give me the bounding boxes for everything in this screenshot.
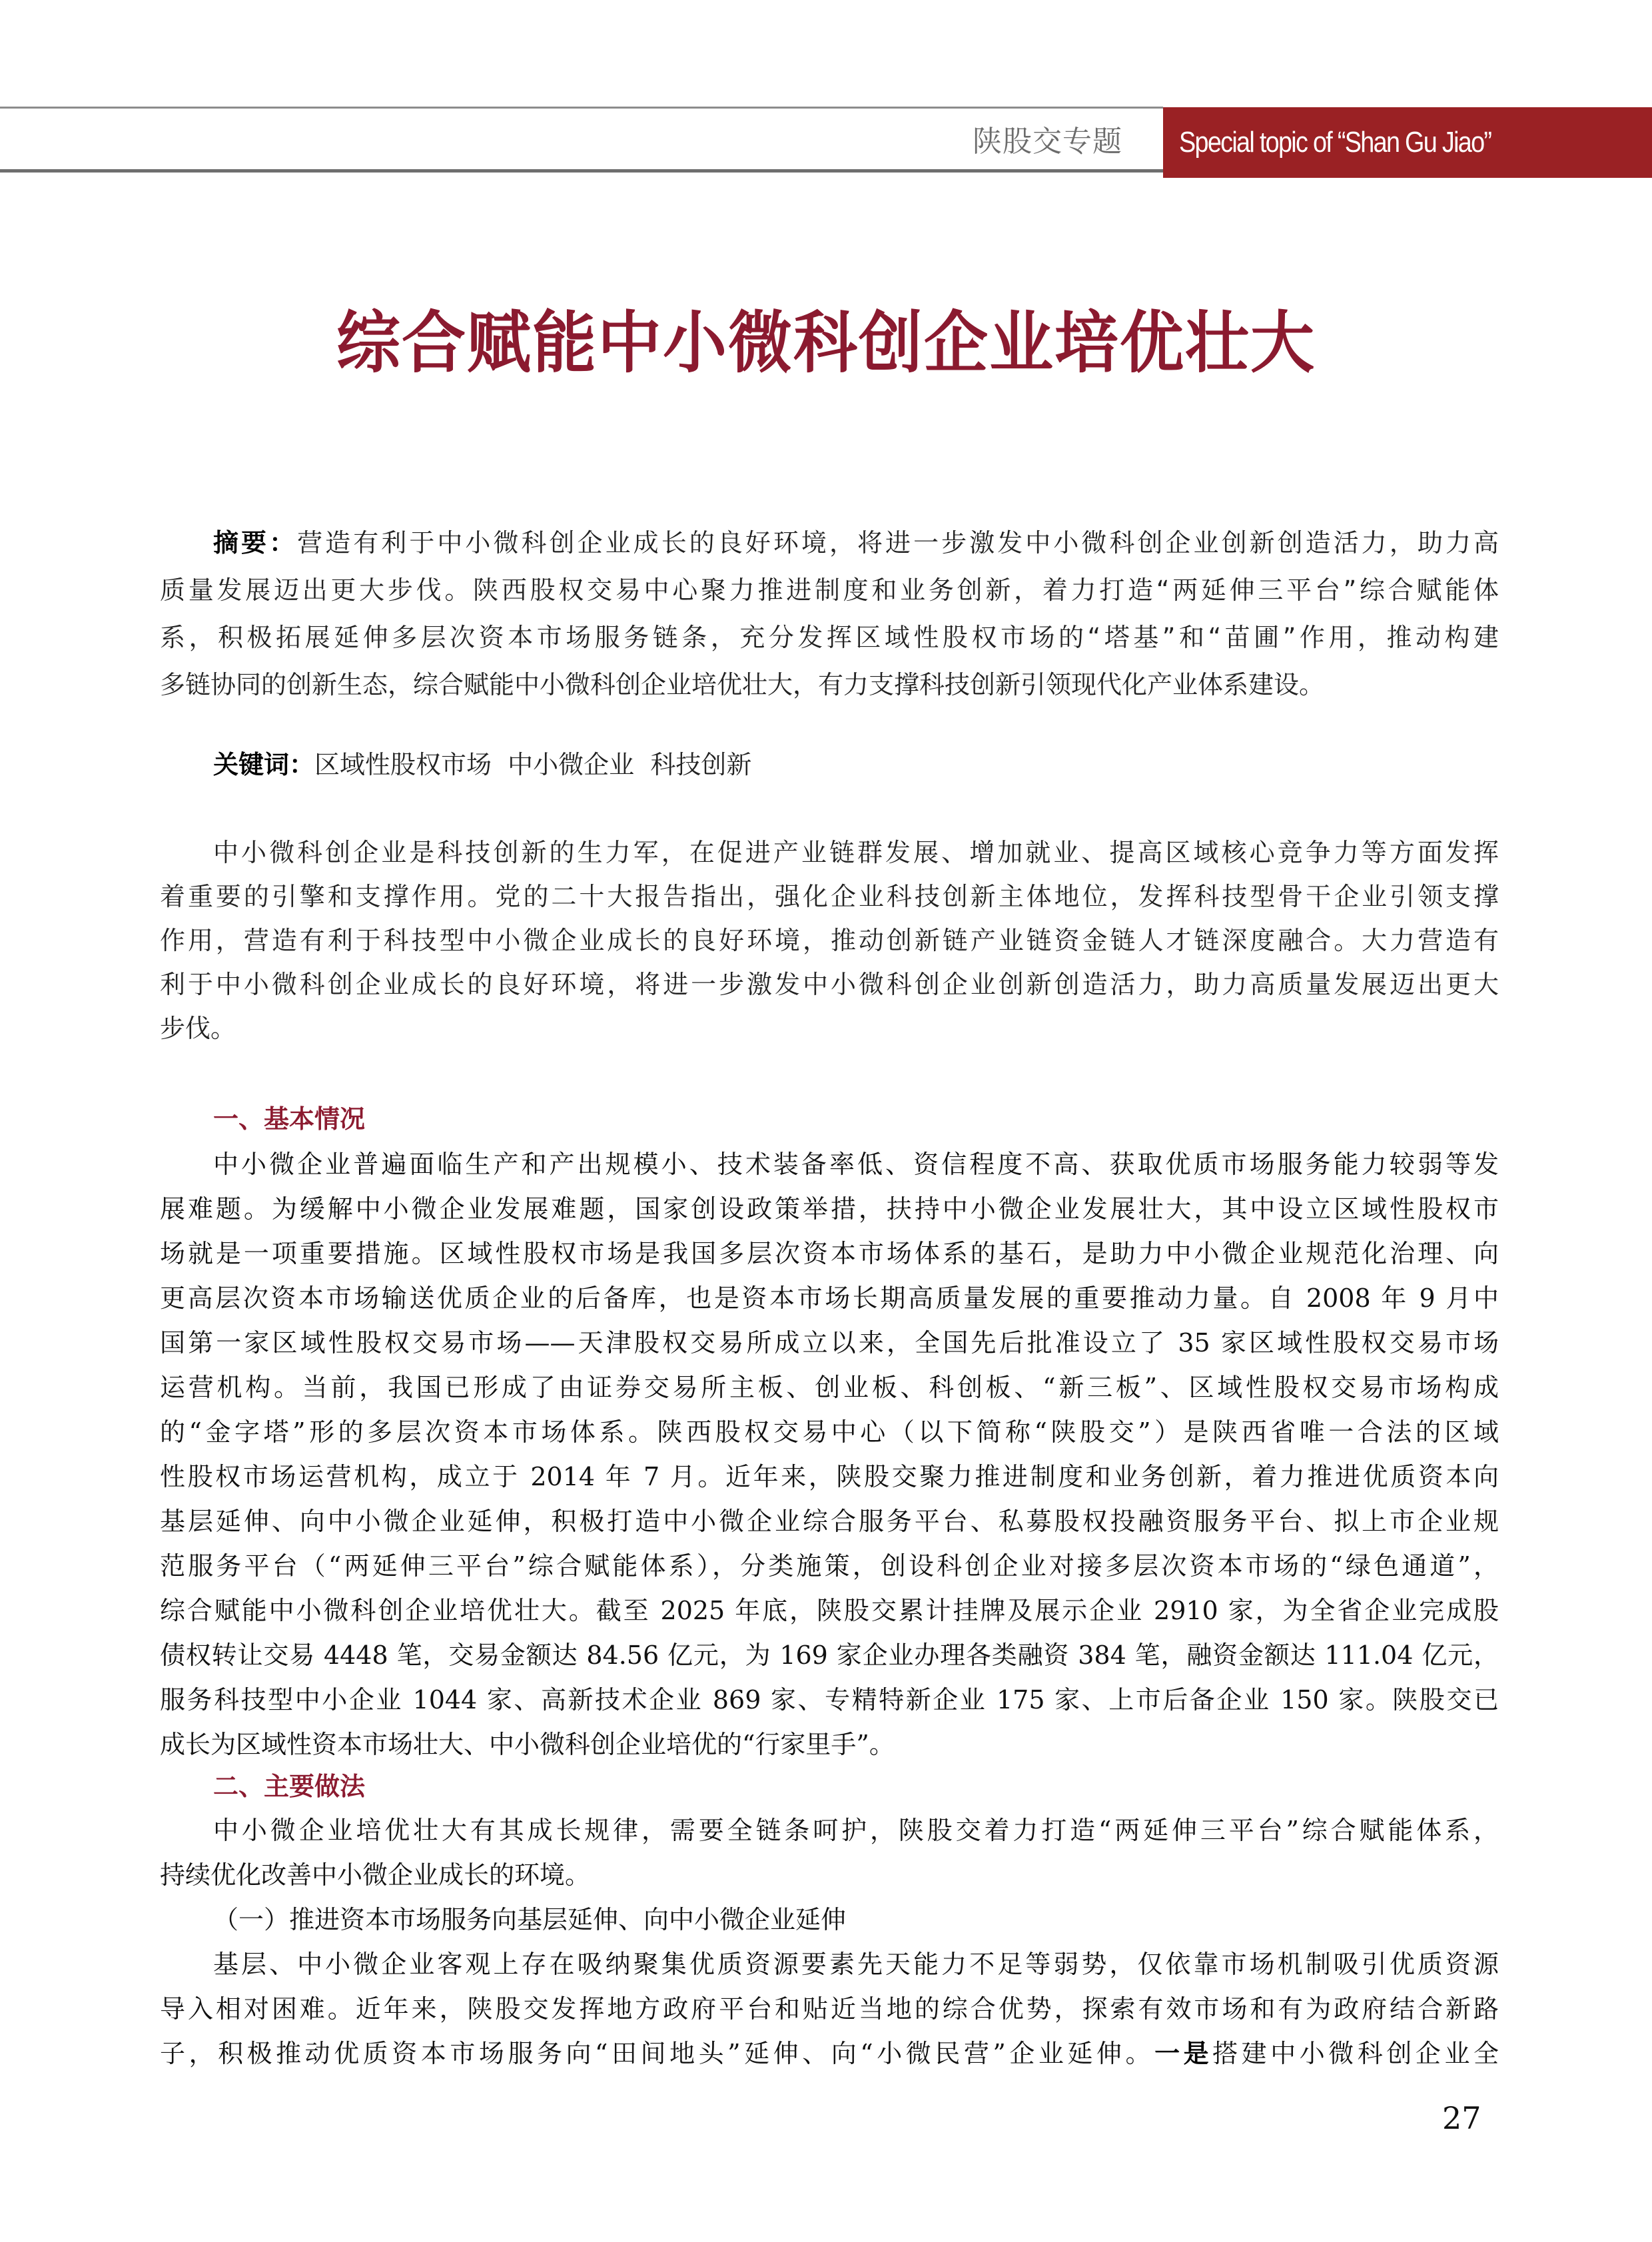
intro-line: 作用，营造有利于科技型中小微企业成长的良好环境，推动创新链产业链资金链人才链深度… <box>160 921 1499 960</box>
abstract-label: 摘要： <box>213 528 297 558</box>
abstract-line: 质量发展迈出更大步伐。陕西股权交易中心聚力推进制度和业务创新，着力打造“两延伸三… <box>160 570 1499 610</box>
body-line: 展难题。为缓解中小微企业发展难题，国家创设政策举措，扶持中小微企业发展壮大，其中… <box>160 1189 1499 1229</box>
header-section-cn: 陕股交专题 <box>973 119 1122 165</box>
page-number: 27 <box>1442 2098 1481 2138</box>
body-line: 更高层次资本市场输送优质企业的后备库，也是资本市场长期高质量发展的重要推动力量。… <box>160 1278 1499 1318</box>
body-line: 导入相对困难。近年来，陕股交发挥地方政府平台和贴近当地的综合优势，探索有效市场和… <box>160 1989 1499 2029</box>
body-line: 性股权市场运营机构，成立于 2014 年 7 月。近年来，陕股交聚力推进制度和业… <box>160 1457 1499 1497</box>
body-line: 国第一家区域性股权交易市场——天津股权交易所成立以来，全国先后批准设立了 35 … <box>160 1323 1499 1363</box>
body-line: 服务科技型中小企业 1044 家、高新技术企业 869 家、专精特新企业 175… <box>160 1680 1499 1720</box>
section-heading: 一、基本情况 <box>213 1099 365 1139</box>
abstract-line: 多链协同的创新生态，综合赋能中小微科创企业培优壮大，有力支撑科技创新引领现代化产… <box>160 665 1499 705</box>
article-title: 综合赋能中小微科创企业培优壮大 <box>0 298 1652 389</box>
body-line: 中小微企业普遍面临生产和产出规模小、技术装备率低、资信程度不高、获取优质市场服务… <box>160 1144 1499 1184</box>
keywords-label: 关键词： <box>213 750 314 779</box>
body-line: 持续优化改善中小微企业成长的环境。 <box>160 1855 1499 1895</box>
header-rule-bottom <box>0 169 1163 173</box>
body-line: 运营机构。当前，我国已形成了由证券交易所主板、创业板、科创板、“新三板”、区域性… <box>160 1367 1499 1407</box>
emphasis-marker: 一是 <box>1154 2039 1212 2068</box>
body-line: 范服务平台（“两延伸三平台”综合赋能体系），分类施策，创设科创企业对接多层次资本… <box>160 1546 1499 1586</box>
body-line: 中小微企业培优壮大有其成长规律，需要全链条呵护，陕股交着力打造“两延伸三平台”综… <box>160 1810 1499 1850</box>
body-line: 场就是一项重要措施。区域性股权市场是我国多层次资本市场体系的基石，是助力中小微企… <box>160 1234 1499 1274</box>
body-line: 子，积极推动优质资本市场服务向“田间地头”延伸、向“小微民营”企业延伸。一是搭建… <box>160 2034 1499 2073</box>
intro-line: 步伐。 <box>160 1008 1499 1048</box>
body-line: 基层延伸、向中小微企业延伸，积极打造中小微企业综合服务平台、私募股权投融资服务平… <box>160 1501 1499 1541</box>
body-line: 成长为区域性资本市场壮大、中小微科创企业培优的“行家里手”。 <box>160 1724 1499 1764</box>
abstract-line: 系，积极拓展延伸多层次资本市场服务链条，充分发挥区域性股权市场的“塔基”和“苗圃… <box>160 617 1499 657</box>
intro-line: 中小微科创企业是科技创新的生力军，在促进产业链群发展、增加就业、提高区域核心竞争… <box>160 833 1499 873</box>
intro-line: 利于中小微科创企业成长的良好环境，将进一步激发中小微科创企业创新创造活力，助力高… <box>160 964 1499 1004</box>
body-line: 综合赋能中小微科创企业培优壮大。截至 2025 年底，陕股交累计挂牌及展示企业 … <box>160 1591 1499 1631</box>
keywords-text: 区域性股权市场 中小微企业 科技创新 <box>314 750 751 779</box>
keywords-line: 关键词：区域性股权市场 中小微企业 科技创新 <box>160 745 1499 785</box>
abstract-line: 摘要：营造有利于中小微科创企业成长的良好环境，将进一步激发中小微科创企业创新创造… <box>160 523 1499 563</box>
section-heading: 二、主要做法 <box>213 1766 365 1806</box>
body-line: 债权转让交易 4448 笔，交易金额达 84.56 亿元，为 169 家企业办理… <box>160 1635 1499 1675</box>
intro-line: 着重要的引擎和支撑作用。党的二十大报告指出，强化企业科技创新主体地位，发挥科技型… <box>160 877 1499 917</box>
body-line: 的“金字塔”形的多层次资本市场体系。陕西股权交易中心（以下简称“陕股交”）是陕西… <box>160 1412 1499 1452</box>
header-section-en: Special topic of “Shan Gu Jiao” <box>1179 107 1491 178</box>
subsection-heading: （一）推进资本市场服务向基层延伸、向中小微企业延伸 <box>160 1900 1499 1940</box>
header-rule-top <box>0 107 1163 109</box>
body-line: 基层、中小微企业客观上存在吸纳聚集优质资源要素先天能力不足等弱势，仅依靠市场机制… <box>160 1944 1499 1984</box>
